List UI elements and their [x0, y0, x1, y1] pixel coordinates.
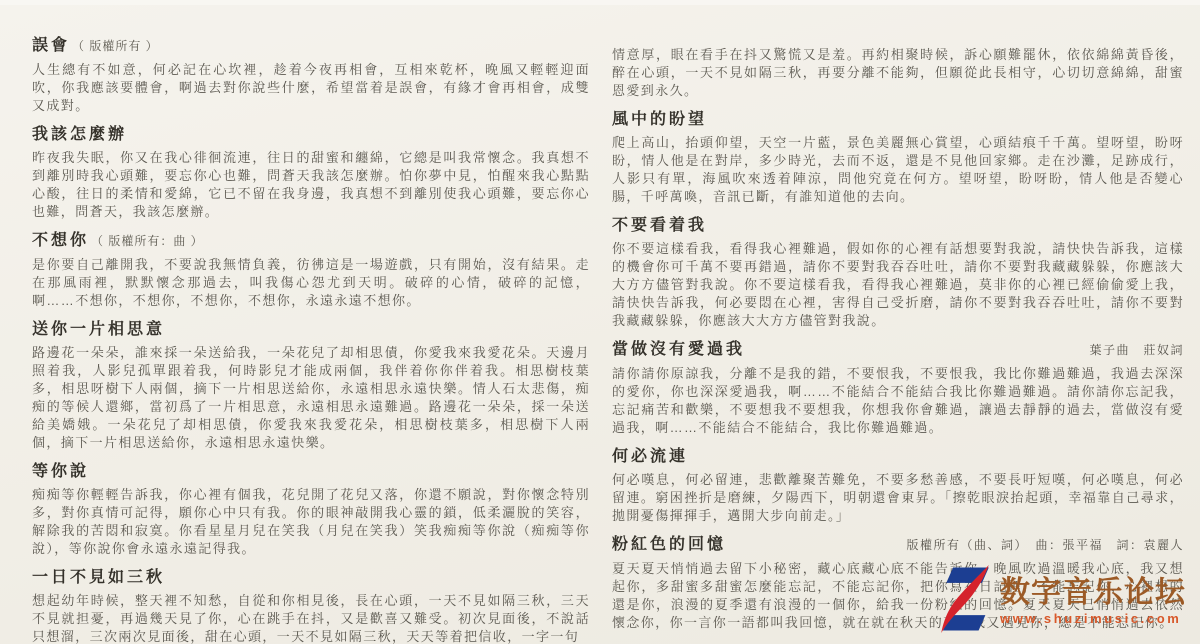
- copyright-note: （ 版權所有：曲 ）: [91, 232, 204, 251]
- song-section-songni-yipian-xiangsiyi: 送你一片相思意 路邊花一朵朵，誰來採一朵送給我，一朵花兒了却相思債，你愛我來我愛…: [32, 320, 590, 452]
- song-title-row: 粉紅色的回憶 版權所有（曲、詞） 曲：張平福 詞：袁麗人: [612, 535, 1184, 555]
- song-title: 當做沒有愛過我: [612, 340, 745, 359]
- song-section-fengzhong-de-panwang: 風中的盼望 爬上高山，抬頭仰望，天空一片藍，景色美麗無心賞望，心頭結痕千千萬。望…: [612, 110, 1184, 206]
- song-title-row: 風中的盼望: [612, 110, 1184, 129]
- song-lyrics: 痴痴等你輕輕告訴我，你心裡有個我，花兒開了花兒又落，你還不願說，對你懷念特別多，…: [32, 486, 590, 558]
- credits-label: 葉子曲 莊奴詞: [1089, 341, 1184, 360]
- song-section-buxiangni: 不想你 （ 版權所有：曲 ） 是你要自己離開我，不要說我無情負義，彷彿這是一場遊…: [32, 231, 590, 310]
- song-section-yiri-bujian-ru-sanqiu: 一日不見如三秋 想起幼年時候，整天裡不知愁，自從和你相見後，長在心頭，一天不見如…: [32, 568, 590, 644]
- watermark-text-block: 数字音乐论坛 www.shuzimusic.com: [1000, 577, 1186, 626]
- song-title-row: 誤會 （ 版權所有 ）: [32, 36, 590, 56]
- song-lyrics: 何必嘆息，何必留連，悲歡離聚苦難免，不要多愁善感，不要長吁短嘆，何必嘆息，何必留…: [612, 471, 1184, 525]
- song-title-row: 當做沒有愛過我 葉子曲 莊奴詞: [612, 340, 1184, 360]
- song-title-row: 等你說: [32, 462, 590, 481]
- song-lyrics: 人生總有不如意，何必記在心坎裡，趁着今夜再相會，互相來乾杯，晚風又輕輕迎面吹，你…: [32, 61, 590, 115]
- song-title-row: 一日不見如三秋: [32, 568, 590, 587]
- song-title: 風中的盼望: [612, 110, 707, 129]
- watermark-site-name: 数字音乐论坛: [1000, 577, 1186, 609]
- song-title: 一日不見如三秋: [32, 568, 165, 587]
- song-lyrics: 是你要自己離開我，不要說我無情負義，彷彿這是一場遊戲，只有開始，沒有結果。走在那…: [32, 256, 590, 310]
- song-title: 何必流連: [612, 447, 688, 466]
- song-title-row: 不要看着我: [612, 216, 1184, 235]
- song-title: 送你一片相思意: [32, 320, 165, 339]
- credits-label: 版權所有（曲、詞） 曲：張平福 詞：袁麗人: [906, 536, 1184, 555]
- song-lyrics: 請你請你原諒我，分離不是我的錯，不要恨我，不要恨我，我比你難過難過，我過去深深的…: [612, 365, 1184, 437]
- song-lyrics: 爬上高山，抬頭仰望，天空一片藍，景色美麗無心賞望，心頭結痕千千萬。望呀望，盼呀盼…: [612, 134, 1184, 206]
- copyright-note: （ 版權所有 ）: [72, 37, 159, 56]
- song-title: 不想你: [32, 231, 89, 250]
- song-title-row: 送你一片相思意: [32, 320, 590, 339]
- song-section-wogai-zenmeban: 我該怎麼辦 昨夜我失眠，你又在我心徘徊流連，往日的甜蜜和纏綿，它總是叫我常懷念。…: [32, 125, 590, 221]
- shuzimusic-z-icon: [939, 565, 991, 638]
- song-lyrics: 想起幼年時候，整天裡不知愁，自從和你相見後，長在心頭，一天不見如隔三秋，三天不見…: [32, 592, 590, 644]
- song-lyrics-continued: 情意厚，眼在看手在抖又驚慌又是羞。再約相聚時候，訴心願難罷休，依依綿綿黃昏後，醉…: [612, 46, 1184, 100]
- left-column: 誤會 （ 版權所有 ） 人生總有不如意，何必記在心坎裡，趁着今夜再相會，互相來乾…: [32, 36, 590, 644]
- song-lyrics: 昨夜我失眠，你又在我心徘徊流連，往日的甜蜜和纏綿，它總是叫我常懷念。我真想不到離…: [32, 149, 590, 221]
- lyrics-booklet-scan: 誤會 （ 版權所有 ） 人生總有不如意，何必記在心坎裡，趁着今夜再相會，互相來乾…: [0, 0, 1200, 644]
- song-title-row: 不想你 （ 版權所有：曲 ）: [32, 231, 590, 251]
- song-section-dengnishuo: 等你說 痴痴等你輕輕告訴我，你心裡有個我，花兒開了花兒又落，你還不願說，對你懷念…: [32, 462, 590, 558]
- song-section-hebi-liulian: 何必流連 何必嘆息，何必留連，悲歡離聚苦難免，不要多愁善感，不要長吁短嘆，何必嘆…: [612, 447, 1184, 525]
- song-title-row: 何必流連: [612, 447, 1184, 466]
- song-title: 粉紅色的回憶: [612, 535, 726, 554]
- song-lyrics: 你不要這樣看我，看得我心裡難過，假如你的心裡有話想要對我說，請快快告訴我，這樣的…: [612, 240, 1184, 330]
- song-title: 誤會: [32, 36, 70, 55]
- song-section-wuhui: 誤會 （ 版權所有 ） 人生總有不如意，何必記在心坎裡，趁着今夜再相會，互相來乾…: [32, 36, 590, 115]
- song-lyrics: 路邊花一朵朵，誰來採一朵送給我，一朵花兒了却相思債，你愛我來我愛花朵。天邊月照着…: [32, 344, 590, 452]
- song-section-dangzuo-meiyou-aiguo-wo: 當做沒有愛過我 葉子曲 莊奴詞 請你請你原諒我，分離不是我的錯，不要恨我，不要恨…: [612, 340, 1184, 437]
- song-title-row: 我該怎麼辦: [32, 125, 590, 144]
- right-column: 情意厚，眼在看手在抖又驚慌又是羞。再約相聚時候，訴心願難罷休，依依綿綿黃昏後，醉…: [612, 46, 1184, 632]
- song-section-buyao-kanzhe-wo: 不要看着我 你不要這樣看我，看得我心裡難過，假如你的心裡有話想要對我說，請快快告…: [612, 216, 1184, 330]
- song-title: 等你說: [32, 462, 89, 481]
- song-title: 不要看着我: [612, 216, 707, 235]
- watermark-logo: 数字音乐论坛 www.shuzimusic.com: [939, 565, 1186, 638]
- song-title: 我該怎麼辦: [32, 125, 127, 144]
- watermark-site-url: www.shuzimusic.com: [1000, 611, 1181, 626]
